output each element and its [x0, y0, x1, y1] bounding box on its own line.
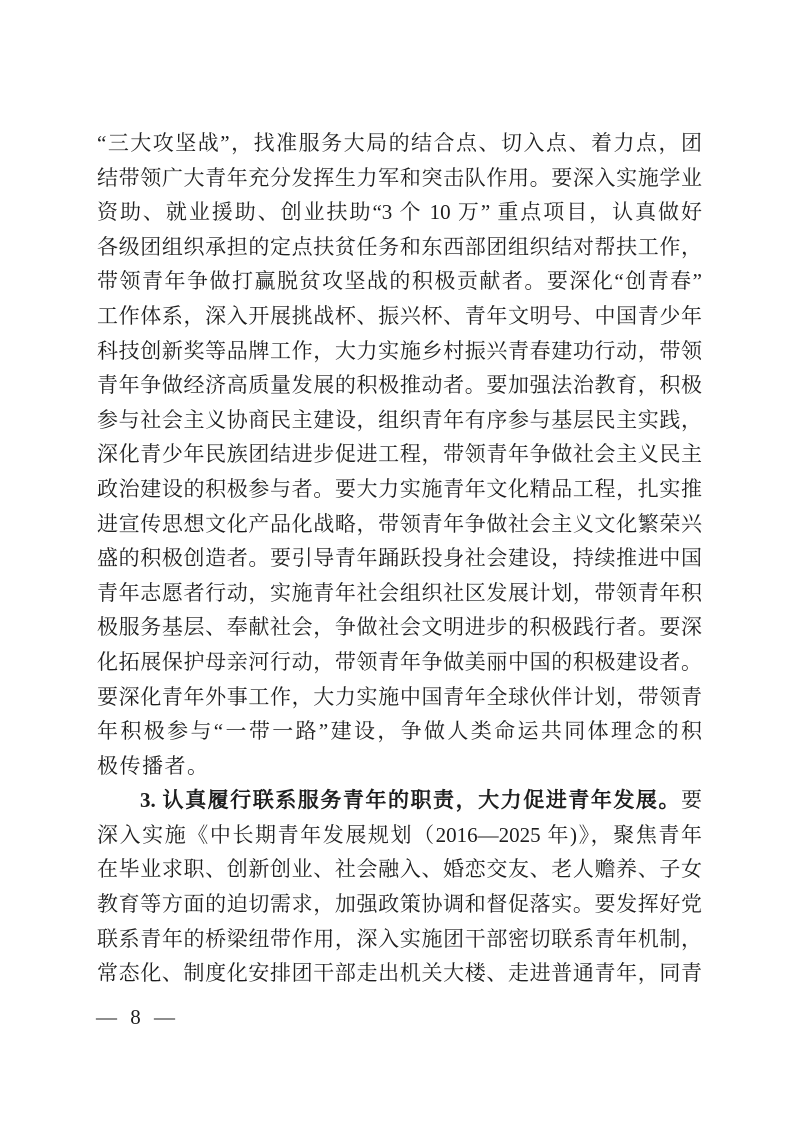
text-line: 参与社会主义协商民主建设，组织青年有序参与基层民主实践，: [97, 403, 702, 438]
text-line: 青年志愿者行动，实施青年社会组织社区发展计划，带领青年积: [97, 576, 702, 611]
text-line: 在毕业求职、创新创业、社会融入、婚恋交友、老人赡养、子女: [97, 852, 702, 887]
text-line: 教育等方面的迫切需求，加强政策协调和督促落实。要发挥好党: [97, 887, 702, 922]
text-line: 常态化、制度化安排团干部走出机关大楼、走进普通青年，同青: [97, 956, 702, 991]
text-line: 结带领广大青年充分发挥生力军和突击队作用。要深入实施学业: [97, 161, 702, 196]
text-line: 3. 认真履行联系服务青年的职责，大力促进青年发展。要: [97, 783, 702, 818]
text-line: 年积极参与“一带一路”建设，争做人类命运共同体理念的积: [97, 714, 702, 749]
text-line: 科技创新奖等品牌工作，大力实施乡村振兴青春建功行动，带领: [97, 334, 702, 369]
text-line: 进宣传思想文化产品化战略，带领青年争做社会主义文化繁荣兴: [97, 507, 702, 542]
bold-lead-text: 3. 认真履行联系服务青年的职责，大力促进青年发展。: [140, 788, 681, 812]
text-line: 政治建设的积极参与者。要大力实施青年文化精品工程，扎实推: [97, 472, 702, 507]
text-line: 极传播者。: [97, 749, 702, 784]
text-line: 深入实施《中长期青年发展规划（2016—2025 年)》，聚焦青年: [97, 818, 702, 853]
page-number: — 8 —: [96, 1000, 179, 1034]
text-line: 青年争做经济高质量发展的积极推动者。要加强法治教育，积极: [97, 368, 702, 403]
text-line: 要深化青年外事工作，大力实施中国青年全球伙伴计划，带领青: [97, 680, 702, 715]
text-line: 资助、就业援助、创业扶助“3 个 10 万” 重点项目，认真做好: [97, 195, 702, 230]
body-text: “三大攻坚战”，找准服务大局的结合点、切入点、着力点，团结带领广大青年充分发挥生…: [97, 126, 702, 991]
text-line: 盛的积极创造者。要引导青年踊跃投身社会建设，持续推进中国: [97, 541, 702, 576]
document-page: “三大攻坚战”，找准服务大局的结合点、切入点、着力点，团结带领广大青年充分发挥生…: [0, 0, 793, 1122]
text-line: 带领青年争做打赢脱贫攻坚战的积极贡献者。要深化“创青春”: [97, 264, 702, 299]
text-line: “三大攻坚战”，找准服务大局的结合点、切入点、着力点，团: [97, 126, 702, 161]
text-line: 工作体系，深入开展挑战杯、振兴杯、青年文明号、中国青少年: [97, 299, 702, 334]
text-line: 联系青年的桥梁纽带作用，深入实施团干部密切联系青年机制，: [97, 922, 702, 957]
text-line: 极服务基层、奉献社会，争做社会文明进步的积极践行者。要深: [97, 610, 702, 645]
text-line: 深化青少年民族团结进步促进工程，带领青年争做社会主义民主: [97, 437, 702, 472]
text-line: 化拓展保护母亲河行动，带领青年争做美丽中国的积极建设者。: [97, 645, 702, 680]
text-line: 各级团组织承担的定点扶贫任务和东西部团组织结对帮扶工作，: [97, 230, 702, 265]
